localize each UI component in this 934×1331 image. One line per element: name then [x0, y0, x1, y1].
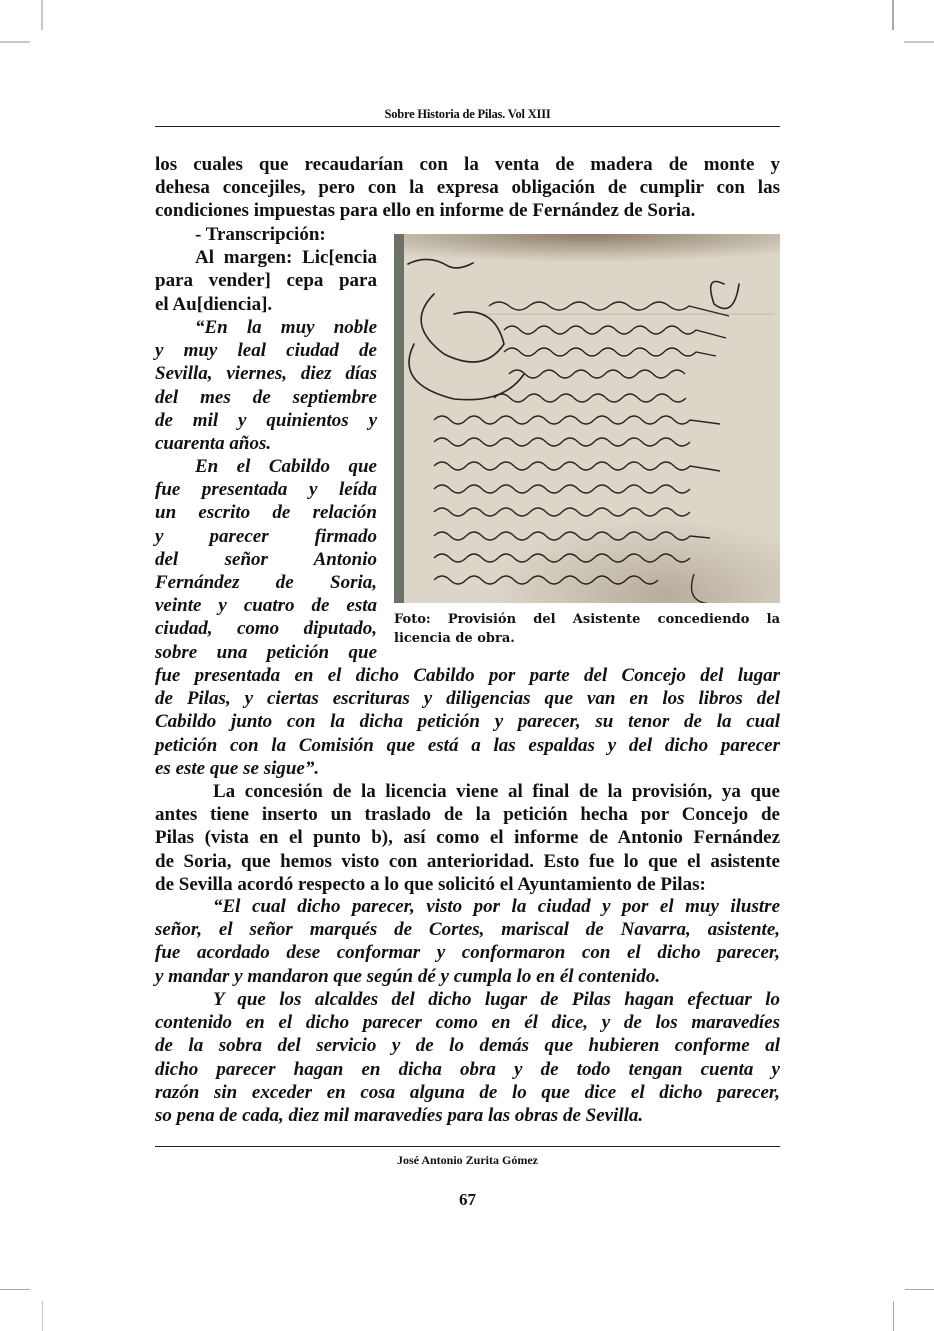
quote-line: veinte y cuatro de esta [155, 594, 377, 617]
caption-line: licencia de obra. [394, 629, 780, 648]
quote-line: es este que se sigue”. [155, 757, 780, 780]
quote-line: sobre una petición que [155, 641, 377, 664]
quote-date-block: “En la muy noble y muy leal ciudad de Se… [155, 316, 377, 455]
margin-note-line: para vender] cepa para [155, 269, 377, 292]
quote-line: “En la muy noble [155, 316, 377, 339]
quote-line: del señor Antonio [155, 548, 377, 571]
crop-mark [892, 0, 894, 30]
caption-line: Foto: Provisión del Asistente concediend… [394, 610, 780, 629]
quote-line: de mil y quinientos y [155, 409, 377, 432]
quote-line: cuarenta años. [155, 432, 377, 455]
quote-line: de la sobra del servicio y de lo demás q… [155, 1034, 780, 1057]
text-line: los cuales que recaudarían con la venta … [155, 153, 780, 176]
quote-line: dicho parecer hagan en dicha obra y de t… [155, 1058, 780, 1081]
text-line: de Sevilla acordó respecto a lo que soli… [155, 873, 780, 896]
crop-mark [905, 1289, 934, 1290]
quote-line: Y que los alcaldes del dicho lugar de Pi… [155, 988, 780, 1011]
text-line: dehesa concejiles, pero con la expresa o… [155, 176, 780, 199]
quote-line: y parecer firmado [155, 525, 377, 548]
text-line: La concesión de la licencia viene al fin… [155, 780, 780, 803]
header-rule [155, 126, 780, 127]
quote-line: “El cual dicho parecer, visto por la ciu… [155, 895, 780, 918]
quote-line: razón sin exceder en cosa alguna de lo q… [155, 1081, 780, 1104]
manuscript-photo [394, 234, 780, 603]
crop-mark [42, 1301, 43, 1331]
quote-line: contenido en el dicho parecer como en él… [155, 1011, 780, 1034]
quote-line: señor, el señor marqués de Cortes, maris… [155, 918, 780, 941]
crop-mark [893, 1301, 894, 1331]
crop-mark [0, 1289, 30, 1290]
text-line: condiciones impuestas para ello en infor… [155, 199, 780, 222]
quote-line: ciudad, como diputado, [155, 617, 377, 640]
author-name: José Antonio Zurita Gómez [155, 1153, 780, 1168]
quote-line: fue acordado dese conformar y conformaro… [155, 941, 780, 964]
running-header-title: Sobre Historia de Pilas. Vol XIII [155, 107, 780, 122]
quote-line: En el Cabildo que [155, 455, 377, 478]
crop-mark [904, 41, 934, 43]
quote-line: fue presentada y leída [155, 478, 377, 501]
quote-line: Sevilla, viernes, diez días [155, 362, 377, 385]
quote-line: fue presentada en el dicho Cabildo por p… [155, 664, 780, 687]
quote-line: y mandar y mandaron que según dé y cumpl… [155, 965, 780, 988]
photo-caption: Foto: Provisión del Asistente concediend… [394, 610, 780, 648]
margin-note-line: el Au[diencia]. [155, 293, 377, 316]
transcription-heading: - Transcripción: [155, 223, 377, 246]
quote-line: so pena de cada, diez mil maravedíes par… [155, 1104, 780, 1127]
quote-cabildo-continuation: fue presentada en el dicho Cabildo por p… [155, 664, 780, 780]
quote-line: un escrito de relación [155, 501, 377, 524]
quote-line: Cabildo junto con la dicha petición y pa… [155, 710, 780, 733]
quote-alcaldes: Y que los alcaldes del dicho lugar de Pi… [155, 988, 780, 1127]
quote-line: Fernández de Soria, [155, 571, 377, 594]
footer-rule [155, 1146, 780, 1147]
crop-mark [0, 41, 30, 43]
crop-mark [41, 0, 43, 30]
quote-line: del mes de septiembre [155, 386, 377, 409]
quote-resolution: “El cual dicho parecer, visto por la ciu… [155, 895, 780, 988]
quote-line: petición con la Comisión que está a las … [155, 734, 780, 757]
text-line: antes tiene inserto un traslado de la pe… [155, 803, 780, 826]
quote-line: de Pilas, y ciertas escrituras y diligen… [155, 687, 780, 710]
text-line: Pilas (vista en el punto b), así como el… [155, 826, 780, 849]
commentary-paragraph: La concesión de la licencia viene al fin… [155, 780, 780, 896]
margin-note-line: Al margen: Lic[encia [155, 246, 377, 269]
quote-cabildo-block: En el Cabildo que fue presentada y leída… [155, 455, 377, 664]
transcription-column: - Transcripción: Al margen: Lic[encia pa… [155, 223, 377, 316]
intro-paragraph: los cuales que recaudarían con la venta … [155, 153, 780, 223]
text-line: de Soria, que hemos visto con anteriorid… [155, 850, 780, 873]
page-number: 67 [155, 1190, 780, 1210]
quote-line: y muy leal ciudad de [155, 339, 377, 362]
